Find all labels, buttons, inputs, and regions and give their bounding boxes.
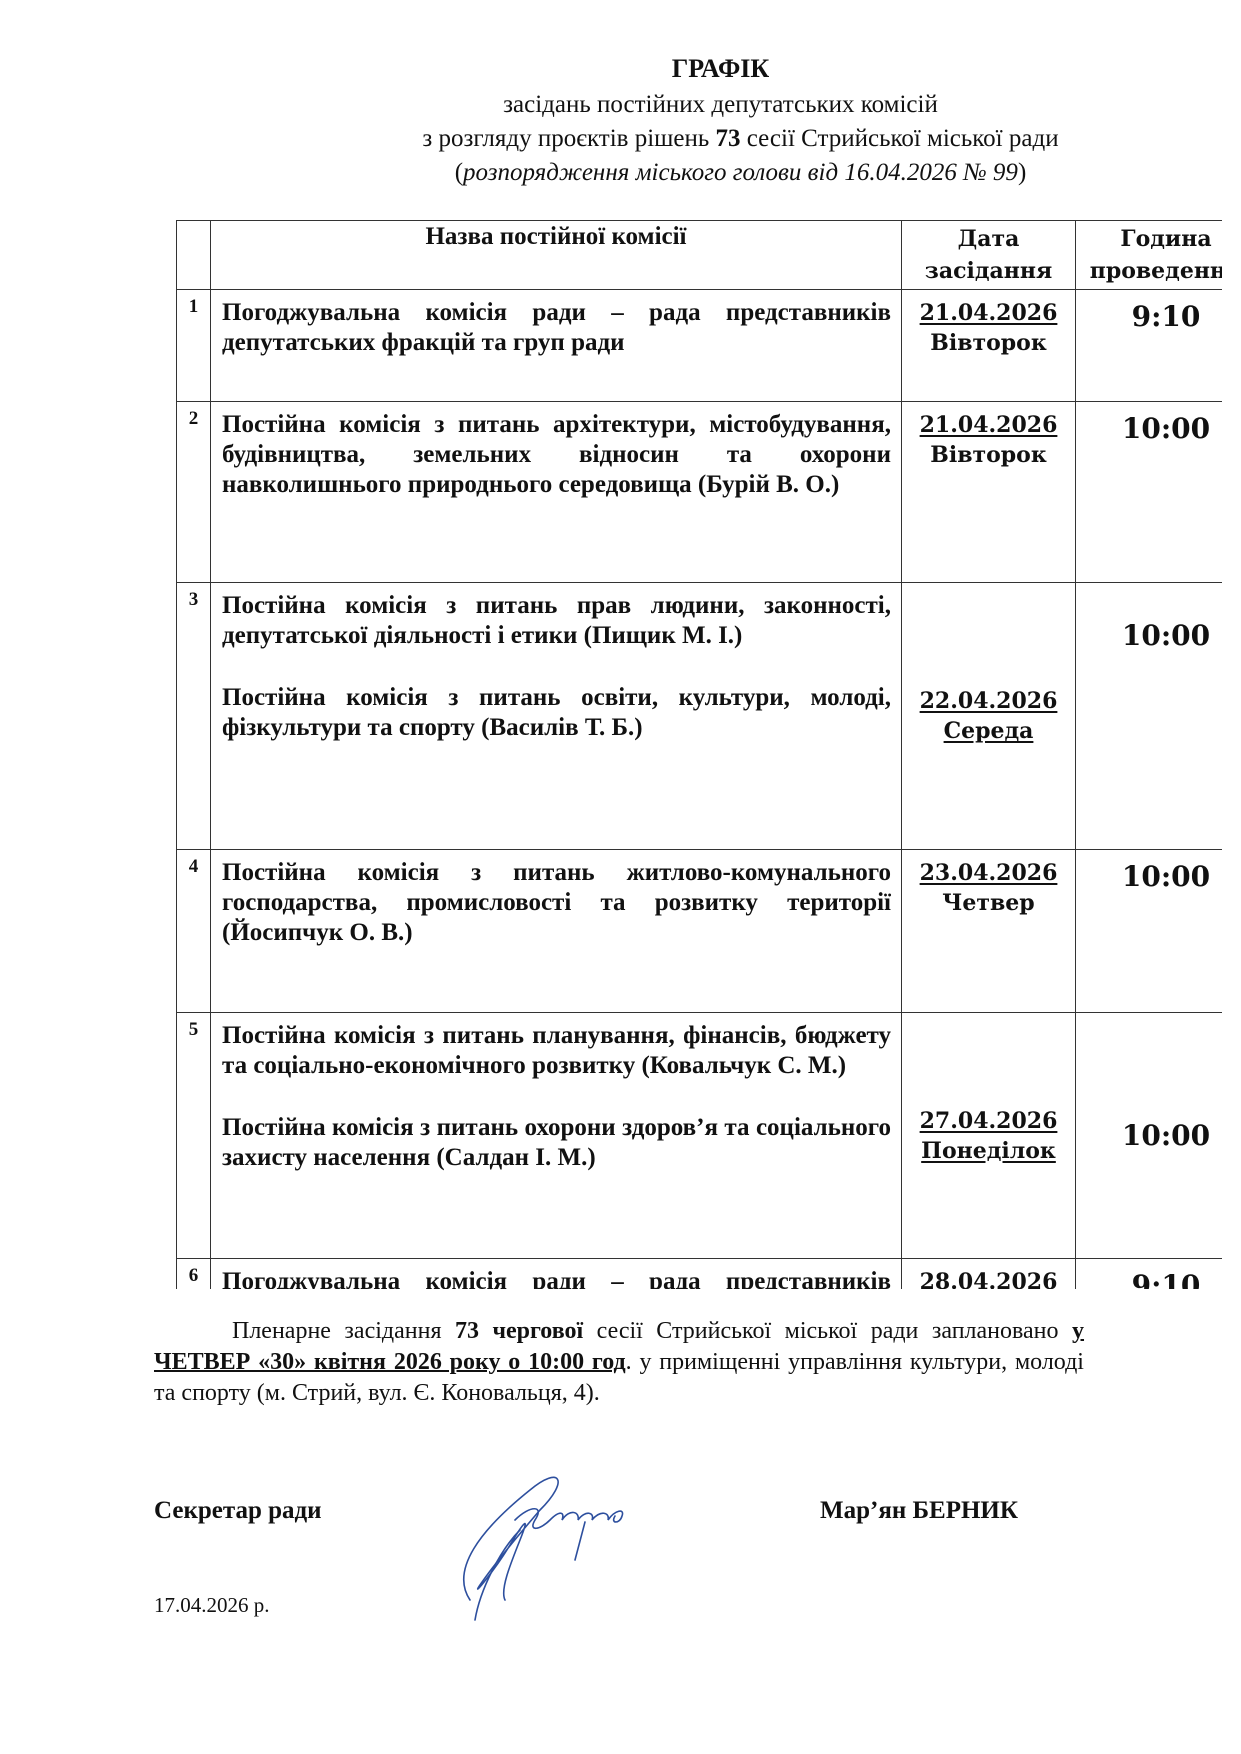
committee-name: Постійна комісія з питань житлово-комуна…	[222, 858, 891, 948]
meeting-date-cell: 21.04.2026Вівторок	[902, 290, 1076, 402]
table-row: 2Постійна комісія з питань архітектури, …	[177, 402, 1223, 583]
meeting-date-cell: 28.04.2026Вівторок	[902, 1259, 1076, 1290]
meeting-weekday: Вівторок	[930, 442, 1047, 468]
committee-name: Постійна комісія з питань прав людини, з…	[222, 591, 891, 651]
meeting-date: 22.04.2026	[920, 688, 1058, 714]
header-committee-name: Назва постійної комісії	[211, 221, 902, 290]
meeting-date: 28.04.2026	[920, 1269, 1058, 1289]
table-header-row: Назва постійної комісії Датазасідання Го…	[177, 221, 1223, 290]
signatory-name: Мар’ян БЕРНИК	[820, 1497, 1018, 1525]
meeting-date-cell: 21.04.2026Вівторок	[902, 402, 1076, 583]
document-subtitle-line2: з розгляду проєктів рішень 73 сесії Стри…	[120, 122, 1241, 156]
meeting-time: 9:10	[1076, 290, 1223, 402]
meeting-weekday: Середа	[944, 718, 1034, 744]
table-row: 1Погоджувальна комісія ради – рада предс…	[177, 290, 1223, 402]
committee-name-cell: Постійна комісія з питань архітектури, м…	[211, 402, 902, 583]
signatory-role: Секретар ради	[154, 1497, 322, 1525]
table-row: 5Постійна комісія з питань планування, ф…	[177, 1013, 1223, 1259]
meeting-time: 10:00	[1076, 402, 1223, 583]
committee-name: Постійна комісія з питань охорони здоров…	[222, 1113, 891, 1173]
meeting-weekday: Вівторок	[930, 330, 1047, 356]
meeting-weekday: Четвер	[942, 890, 1034, 916]
row-number: 2	[177, 402, 211, 583]
committee-name: Погоджувальна комісія ради – рада предст…	[222, 298, 891, 358]
document-date: 17.04.2026 р.	[154, 1593, 270, 1618]
meeting-date-cell: 23.04.2026Четвер	[902, 850, 1076, 1013]
row-number: 6	[177, 1259, 211, 1290]
row-number: 3	[177, 583, 211, 850]
meeting-date: 27.04.2026	[920, 1108, 1058, 1134]
committee-name-cell: Погоджувальна комісія ради – рада предст…	[211, 290, 902, 402]
header-meeting-date: Датазасідання	[902, 221, 1076, 290]
committee-name: Постійна комісія з питань освіти, культу…	[222, 683, 891, 743]
row-number: 1	[177, 290, 211, 402]
header-meeting-time: Годинапроведення	[1076, 221, 1223, 290]
meeting-date-cell: 27.04.2026Понеділок	[902, 1013, 1076, 1259]
header-number	[177, 221, 211, 290]
meeting-time: 10:00	[1076, 583, 1223, 850]
handwritten-signature	[410, 1450, 680, 1630]
meeting-time: 10:00	[1076, 1013, 1223, 1259]
meeting-date: 21.04.2026	[920, 412, 1058, 438]
committee-name-cell: Постійна комісія з питань планування, фі…	[211, 1013, 902, 1259]
meeting-time: 9:10	[1076, 1259, 1223, 1290]
committee-name: Постійна комісія з питань планування, фі…	[222, 1021, 891, 1081]
meeting-date: 21.04.2026	[920, 300, 1058, 326]
committee-name-cell: Погоджувальна комісія ради – рада предст…	[211, 1259, 902, 1290]
meeting-date: 23.04.2026	[920, 860, 1058, 886]
committee-name: Постійна комісія з питань архітектури, м…	[222, 410, 891, 500]
meeting-weekday: Понеділок	[921, 1138, 1056, 1164]
table-row: 6Погоджувальна комісія ради – рада предс…	[177, 1259, 1223, 1290]
row-number: 5	[177, 1013, 211, 1259]
plenary-session-notice: Пленарне засідання 73 чергової сесії Стр…	[154, 1316, 1084, 1409]
committee-name-cell: Постійна комісія з питань житлово-комуна…	[211, 850, 902, 1013]
document-subtitle-line1: засідань постійних депутатських комісій	[100, 88, 1241, 122]
committee-name-cell: Постійна комісія з питань прав людини, з…	[211, 583, 902, 850]
document-title: ГРАФІК	[100, 54, 1241, 84]
meeting-date-cell: 22.04.2026Середа	[902, 583, 1076, 850]
committee-name: Погоджувальна комісія ради – рада предст…	[222, 1267, 891, 1289]
schedule-table: Назва постійної комісії Датазасідання Го…	[176, 220, 1222, 1289]
row-number: 4	[177, 850, 211, 1013]
table-row: 4Постійна комісія з питань житлово-комун…	[177, 850, 1223, 1013]
table-row: 3Постійна комісія з питань прав людини, …	[177, 583, 1223, 850]
meeting-time: 10:00	[1076, 850, 1223, 1013]
document-subtitle-order-reference: (розпорядження міського голови від 16.04…	[120, 156, 1241, 190]
